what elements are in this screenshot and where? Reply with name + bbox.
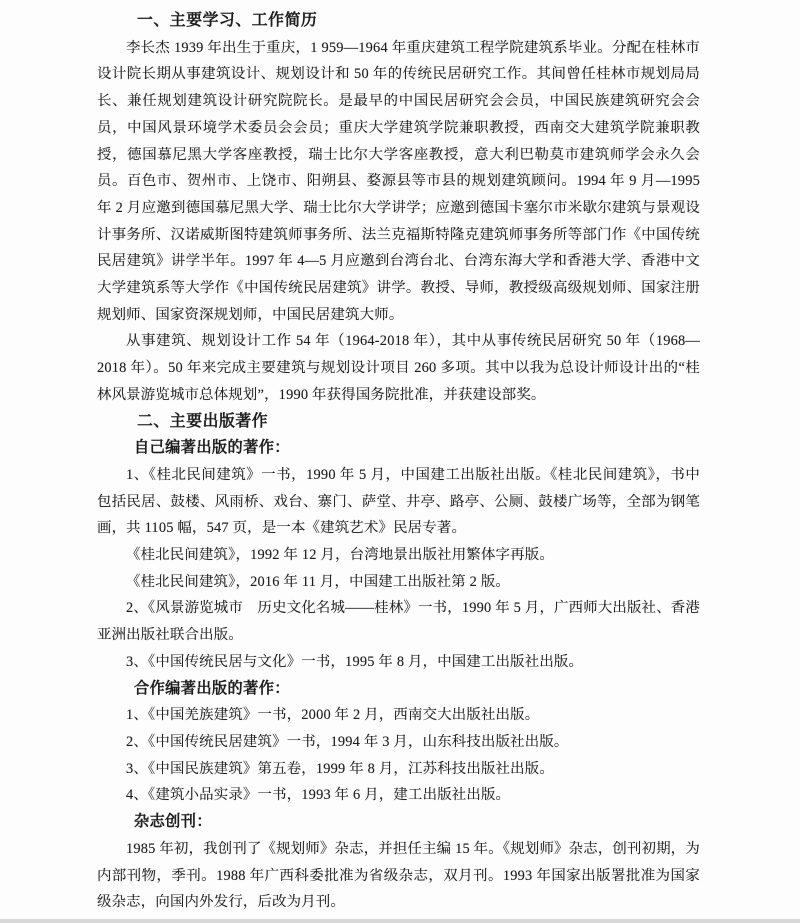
subsection-heading: 杂志创刊： <box>97 809 700 836</box>
document-paragraph: 1、《中国羌族建筑》一书，2000 年 2 月，西南交大出版社出版。 <box>97 702 700 729</box>
document-paragraph: 3、《中国民族建筑》第五卷，1999 年 8 月，江苏科技出版社出版。 <box>97 756 700 783</box>
document-paragraph: 从事建筑、规划设计工作 54 年（1964-2018 年），其中从事传统民居研究… <box>97 328 700 408</box>
section-heading: 二、主要出版著作 <box>97 409 700 436</box>
document-paragraph: 《桂北民间建筑》，2016 年 11 月，中国建工出版社第 2 版。 <box>97 569 700 596</box>
document-paragraph: 1、《桂北民间建筑》一书，1990 年 5 月，中国建工出版社出版。《桂北民间建… <box>97 462 700 542</box>
document-paragraph: 3、《中国传统民居与文化》一书，1995 年 8 月，中国建工出版社出版。 <box>97 649 700 676</box>
document-paragraph: 2、《中国传统民居建筑》一书，1994 年 3 月，山东科技出版社出版。 <box>97 729 700 756</box>
section-heading: 一、主要学习、工作简历 <box>97 8 700 35</box>
document-paragraph: 2、《风景游览城市 历史文化名城——桂林》一书，1990 年 5 月，广西师大出… <box>97 595 700 648</box>
document-page: 一、主要学习、工作简历李长杰 1939 年出生于重庆，1 959—1964 年重… <box>0 0 800 923</box>
document-body: 一、主要学习、工作简历李长杰 1939 年出生于重庆，1 959—1964 年重… <box>97 8 700 916</box>
subsection-heading: 自己编著出版的著作： <box>97 435 700 462</box>
document-paragraph: 《桂北民间建筑》，1992 年 12 月，台湾地景出版社用繁体字再版。 <box>97 542 700 569</box>
document-paragraph: 李长杰 1939 年出生于重庆，1 959—1964 年重庆建筑工程学院建筑系毕… <box>97 35 700 329</box>
document-paragraph: 1985 年初，我创刊了《规划师》杂志，并担任主编 15 年。《规划师》杂志，创… <box>97 836 700 916</box>
scan-edge-bar <box>0 919 800 923</box>
document-paragraph: 4、《建筑小品实录》一书，1993 年 6 月，建工出版社出版。 <box>97 782 700 809</box>
subsection-heading: 合作编著出版的著作： <box>97 676 700 703</box>
